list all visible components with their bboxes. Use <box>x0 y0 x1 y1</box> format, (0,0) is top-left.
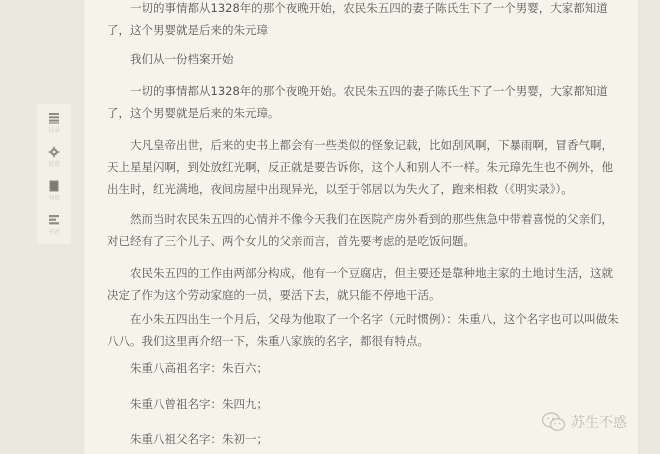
toolbar-item-label: 设置 <box>48 161 60 168</box>
paragraph: 一切的事情都从1328年的那个夜晚开始。农民朱五四的妻子陈氏生下了一个男婴，大家… <box>107 80 622 124</box>
toolbar-item-label: 书评 <box>48 229 60 236</box>
book-icon <box>48 180 60 192</box>
toolbar-item-comments[interactable]: 书评 <box>37 210 71 244</box>
gear-icon <box>48 146 60 158</box>
list-icon <box>48 112 60 124</box>
toolbar-item-label: 书页 <box>48 195 60 202</box>
watermark: 苏生不惑 <box>541 411 627 433</box>
paragraph: 然而当时农民朱五四的心情并不像今天我们在医院产房外看到的那些焦急中带着喜悦的父亲… <box>107 208 622 252</box>
paragraph: 农民朱五四的工作由两部分构成，他有一个豆腐店，但主要还是靠种地主家的土地讨生活，… <box>107 262 622 306</box>
paragraph: 朱重八高祖名字：朱百六； <box>107 357 622 379</box>
toolbar-item-toc[interactable]: 目录 <box>37 108 71 142</box>
wechat-icon <box>541 411 567 433</box>
reader-side-toolbar: 目录 设置 书页 书评 <box>37 104 71 244</box>
paragraph: 在小朱五四出生一个月后，父母为他取了一个名字（元时惯例）：朱重八，这个名字也可以… <box>107 308 622 352</box>
toolbar-item-label: 目录 <box>48 127 60 134</box>
toolbar-item-settings[interactable]: 设置 <box>37 142 71 176</box>
watermark-text: 苏生不惑 <box>571 412 627 432</box>
comment-icon <box>48 214 60 226</box>
paragraph: 一切的事情都从1328年的那个夜晚开始，农民朱五四的妻子陈氏生下了一个男婴，大家… <box>107 0 622 41</box>
toolbar-item-bookpage[interactable]: 书页 <box>37 176 71 210</box>
paragraph: 我们从一份档案开始 <box>107 48 622 70</box>
paragraph: 大凡皇帝出世，后来的史书上都会有一些类似的怪象记载，比如刮风啊，下暴雨啊，冒香气… <box>107 134 622 200</box>
